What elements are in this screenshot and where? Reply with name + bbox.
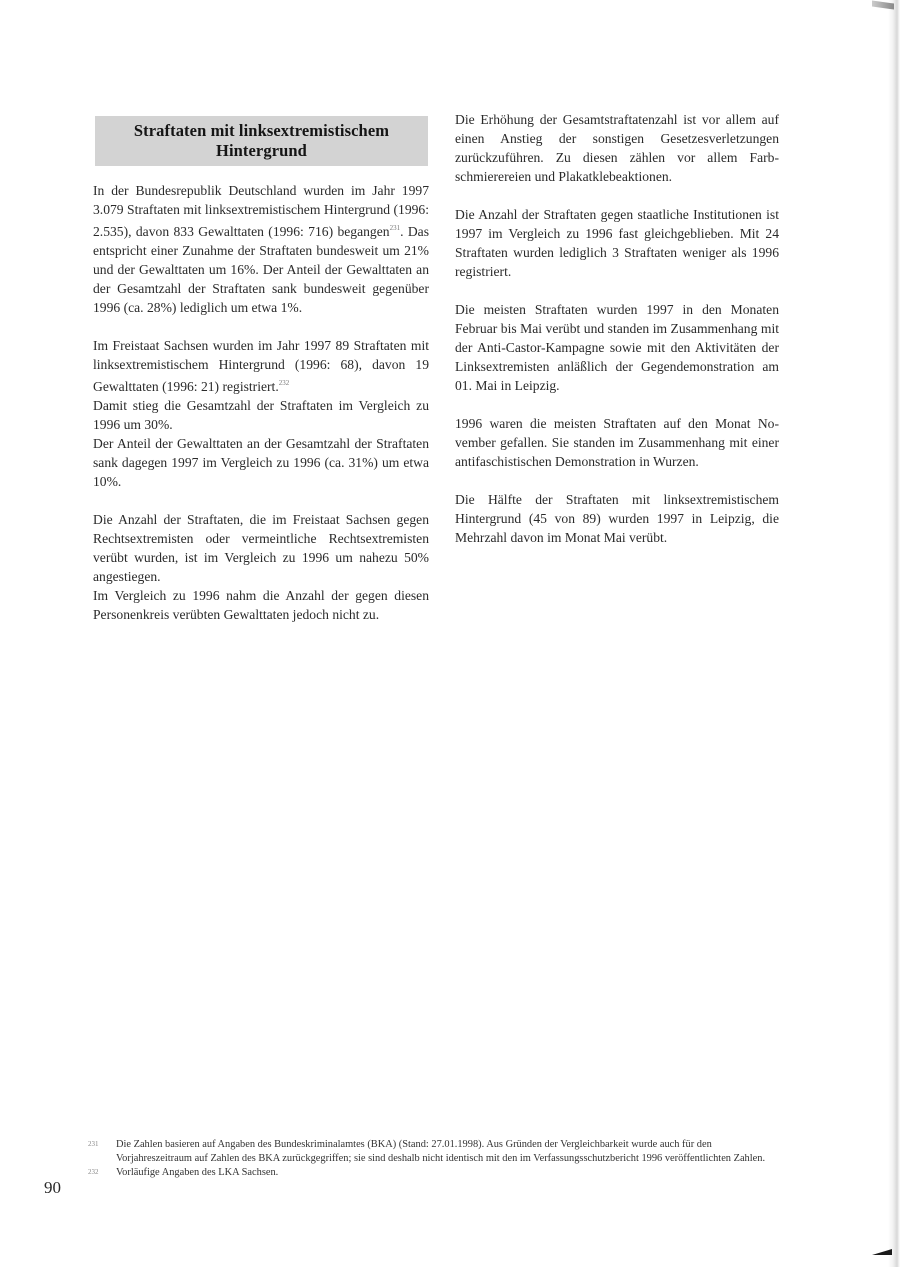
paragraph-violence-against-group: Im Vergleich zu 1996 nahm die Anzahl der…	[93, 586, 429, 624]
footnote-232: 232 Vorläufige Angaben des LKA Sachsen.	[116, 1166, 780, 1180]
right-column: Die Erhöhung der Gesamtstraftatenzahl is…	[455, 110, 779, 566]
footnote-reference[interactable]: 232	[279, 379, 290, 387]
paragraph-months-1997: Die meisten Straftaten wurden 1997 in de…	[455, 300, 779, 395]
scan-corner-mark	[872, 1249, 892, 1255]
paragraph-total-increase: Damit stieg die Gesamtzahl der Straftate…	[93, 396, 429, 434]
footnote-text: Die Zahlen basieren auf Angaben des Bund…	[116, 1139, 765, 1164]
paragraph-state-institutions: Die Anzahl der Straftaten gegen staatlic…	[455, 205, 779, 281]
section-title-box: Straftaten mit linksextremistischem Hint…	[95, 116, 428, 166]
page-edge-shadow	[888, 0, 900, 1267]
paragraph-increase-cause: Die Erhöhung der Gesamtstraftatenzahl is…	[455, 110, 779, 186]
footnote-231: 231 Die Zahlen basieren auf Angaben des …	[116, 1138, 780, 1166]
left-column: In der Bundesrepublik Deutschland wurden…	[93, 181, 429, 643]
paragraph-violence-share: Der Anteil der Gewalttaten an der Gesamt…	[93, 434, 429, 491]
footnotes: 231 Die Zahlen basieren auf Angaben des …	[116, 1138, 780, 1180]
footnote-text: Vorläufige Angaben des LKA Sachsen.	[116, 1167, 278, 1178]
section-title-line-2: Hintergrund	[216, 141, 307, 161]
footnote-number: 231	[88, 1137, 99, 1151]
paragraph-saxony-statistics: Im Freistaat Sachsen wurden im Jahr 1997…	[93, 336, 429, 396]
paragraph-federal-statistics: In der Bundesrepublik Deutschland wurden…	[93, 181, 429, 317]
paragraph-leipzig-half: Die Hälfte der Straftaten mit linksextre…	[455, 490, 779, 547]
section-title-line-1: Straftaten mit linksextremistischem	[134, 121, 389, 141]
paragraph-against-right-extremists: Die Anzahl der Straftaten, die im Freist…	[93, 510, 429, 586]
paragraph-november-1996: 1996 waren die meisten Straftaten auf de…	[455, 414, 779, 471]
page-number: 90	[44, 1178, 61, 1198]
footnote-number: 232	[88, 1165, 99, 1179]
footnote-reference[interactable]: 231	[390, 224, 401, 232]
